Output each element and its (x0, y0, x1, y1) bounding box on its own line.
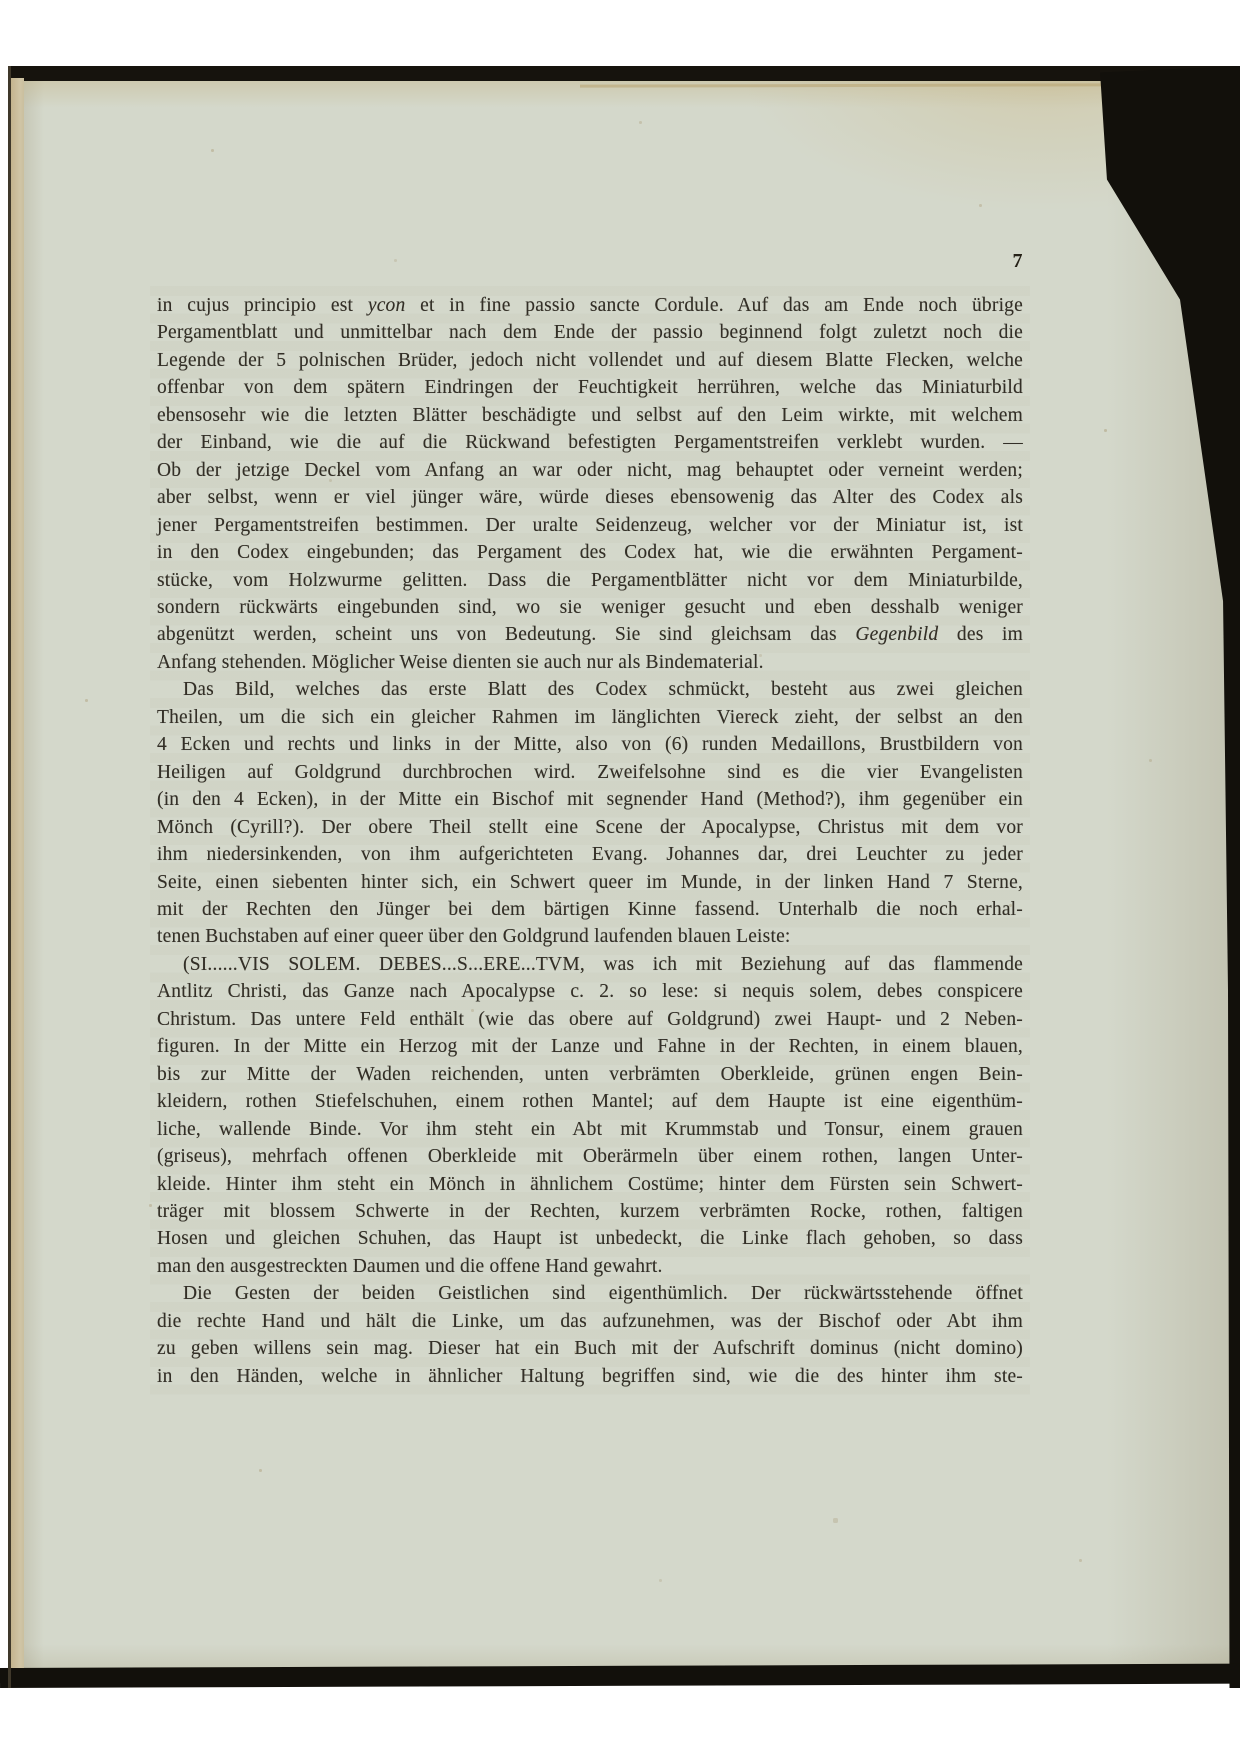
text-line: Die Gesten der beiden Geistlichen sind e… (157, 1280, 1023, 1307)
text-line: (SI......VIS SOLEM. DEBES...S...ERE...TV… (157, 951, 1023, 978)
text-line: abgenützt werden, scheint uns von Bedeut… (157, 621, 1023, 648)
paper-speckles (0, 0, 1, 1)
text-line: Pergamentblatt und unmittelbar nach dem … (157, 319, 1023, 346)
text-line: Anfang stehenden. Möglicher Weise diente… (157, 649, 1023, 676)
text-line: Ob der jetzige Deckel vom Anfang an war … (157, 457, 1023, 484)
book-fore-edge (11, 78, 24, 1668)
text-line: Das Bild, welches das erste Blatt des Co… (157, 676, 1023, 703)
text-line: stücke, vom Holzwurme gelitten. Dass die… (157, 567, 1023, 594)
text-line: ebensosehr wie die letzten Blätter besch… (157, 402, 1023, 429)
text-line: kleide. Hinter ihm steht ein Mönch in äh… (157, 1171, 1023, 1198)
text-line: mit der Rechten den Jünger bei dem bärti… (157, 896, 1023, 923)
text-line: Seite, einen siebenten hinter sich, ein … (157, 869, 1023, 896)
text-line: (in den 4 Ecken), in der Mitte ein Bisch… (157, 786, 1023, 813)
text-line: liche, wallende Binde. Vor ihm steht ein… (157, 1116, 1023, 1143)
text-line: in den Händen, welche in ähnlicher Haltu… (157, 1363, 1023, 1390)
text-line: Theilen, um die sich ein gleicher Rahmen… (157, 704, 1023, 731)
text-line: Hosen und gleichen Schuhen, das Haupt is… (157, 1225, 1023, 1252)
text-line: sondern rückwärts eingebunden sind, wo s… (157, 594, 1023, 621)
text-line: 4 Ecken und rechts und links in der Mitt… (157, 731, 1023, 758)
text-line: (griseus), mehrfach offenen Oberkleide m… (157, 1143, 1023, 1170)
page-number: 7 (157, 250, 1023, 273)
text-line: in den Codex eingebunden; das Pergament … (157, 539, 1023, 566)
text-line: Heiligen auf Goldgrund durchbrochen wird… (157, 759, 1023, 786)
text-line: ihm niedersinkenden, von ihm aufgerichte… (157, 841, 1023, 868)
text-line: aber selbst, wenn er viel jünger wäre, w… (157, 484, 1023, 511)
scanned-book-page: 7 in cujus principio est ycon et in fine… (0, 0, 1240, 1755)
text-line: der Einband, wie die auf die Rückwand be… (157, 429, 1023, 456)
text-line: kleidern, rothen Stiefelschuhen, einem r… (157, 1088, 1023, 1115)
text-line: jener Pergamentstreifen bestimmen. Der u… (157, 512, 1023, 539)
text-line: träger mit blossem Schwerte in der Recht… (157, 1198, 1023, 1225)
text-line: offenbar von dem spätern Eindringen der … (157, 374, 1023, 401)
text-line: tenen Buchstaben auf einer queer über de… (157, 923, 1023, 950)
scan-border-bottom (0, 1664, 1240, 1688)
text-line: Legende der 5 polnischen Brüder, jedoch … (157, 347, 1023, 374)
text-line: man den ausgestreckten Daumen und die of… (157, 1253, 1023, 1280)
text-line: bis zur Mitte der Waden reichenden, unte… (157, 1061, 1023, 1088)
text-line: zu geben willens sein mag. Dieser hat ei… (157, 1335, 1023, 1362)
text-line: Antlitz Christi, das Ganze nach Apocalyp… (157, 978, 1023, 1005)
text-line: Mönch (Cyrill?). Der obere Theil stellt … (157, 814, 1023, 841)
text-line: in cujus principio est ycon et in fine p… (157, 292, 1023, 319)
text-block: in cujus principio est ycon et in fine p… (157, 292, 1023, 1390)
text-line: figuren. In der Mitte ein Herzog mit der… (157, 1033, 1023, 1060)
scan-border-top (8, 66, 1240, 81)
text-line: Christum. Das untere Feld enthält (wie d… (157, 1006, 1023, 1033)
text-line: die rechte Hand und hält die Linke, um d… (157, 1308, 1023, 1335)
